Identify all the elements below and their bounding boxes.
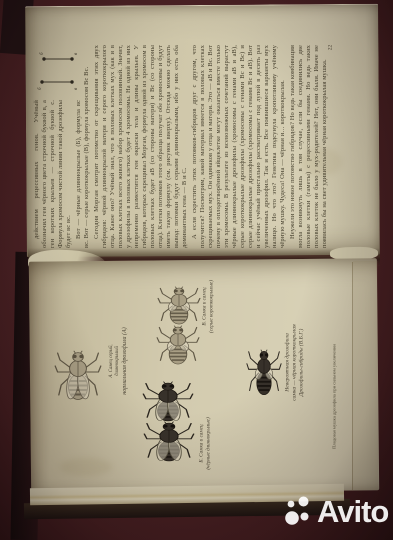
page-fold-shade xyxy=(353,261,378,490)
gene-label: в xyxy=(74,87,79,90)
caption-line: (серые короткокрылые) xyxy=(208,274,215,340)
paragraph: Сегодня Морган смотрит потомство от скре… xyxy=(93,45,189,248)
paragraph: А если скрестить этих потомков-гибридов … xyxy=(191,45,287,248)
fly-illustration-normal-a xyxy=(54,350,102,402)
fly-illustration-black-long-1 xyxy=(142,381,194,423)
page-text-block: б в б в действием рецессивных генов. Учё… xyxy=(33,45,330,248)
fly-illustration-gray-short-1 xyxy=(157,286,201,326)
book-photo: б в б в действием рецессивных генов. Учё… xyxy=(0,0,393,540)
page-number: 22 xyxy=(327,40,336,56)
avito-wordmark: Avito xyxy=(317,489,388,535)
caption-line: Дрозофилы-гибриды (В.Б.Г.) xyxy=(299,298,306,428)
avito-logo-dots-icon xyxy=(284,495,314,529)
gene-label: б xyxy=(38,87,43,90)
caption-line: (чёрные длиннокрылые) xyxy=(205,411,212,477)
fly-illustration-black-long-2 xyxy=(143,421,195,463)
page-stain xyxy=(60,458,112,476)
chromosome-diagram: б в б в xyxy=(33,45,79,97)
gene-label: в xyxy=(74,52,79,55)
caption-line: нормальная дрозофила (А) xyxy=(121,311,129,411)
figure-caption-a: А. Самец серый, длиннокрылый нормальная … xyxy=(109,311,135,411)
avito-watermark: Avito xyxy=(284,489,393,535)
figure-caption-g: Невероятная дрозофила самка — чёрная кор… xyxy=(285,298,308,428)
fly-illustration-gray-short-2 xyxy=(156,325,200,366)
caption-line: Невероятная дрозофила xyxy=(285,298,292,428)
figure-caption-v: В. Самка и самец (серые короткокрылые) xyxy=(202,274,217,340)
figure-caption-b: Б. Самка и самец (чёрные длиннокрылые) xyxy=(199,411,214,477)
paragraph: Неужели это новое потомство гибридов? Но… xyxy=(289,45,329,248)
gene-label: б xyxy=(40,52,45,55)
fly-illustration-hybrid-g xyxy=(246,349,282,397)
figure-bottom-caption: Плодовая мушка дрозофила при сильном уве… xyxy=(330,303,339,491)
